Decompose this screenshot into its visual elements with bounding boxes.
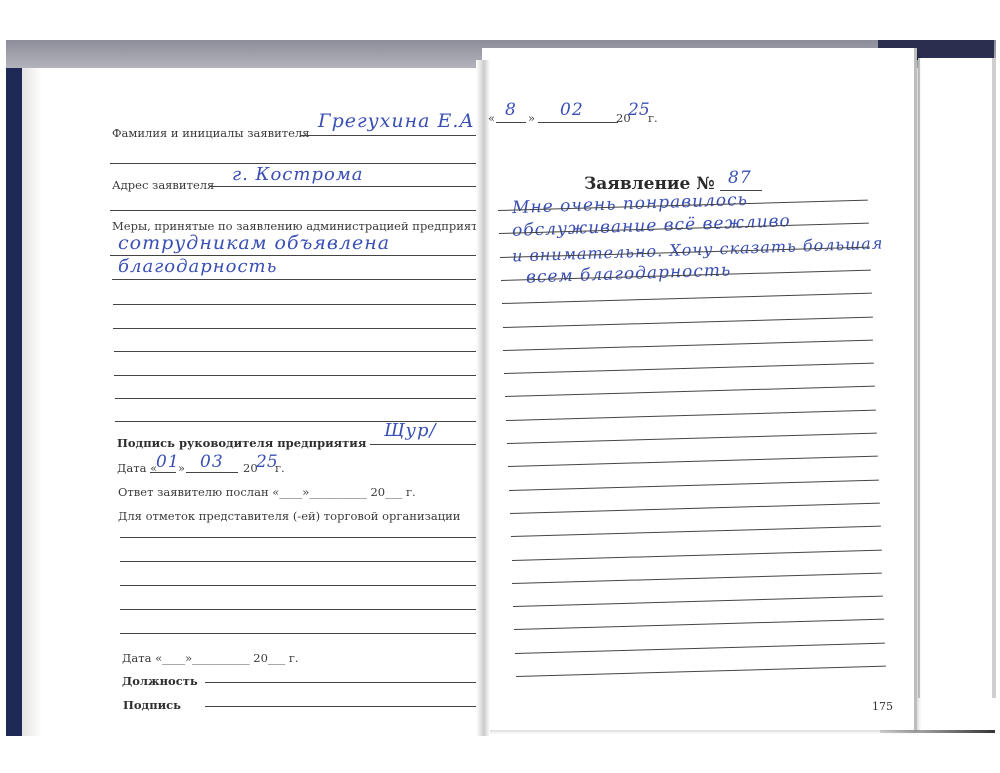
applicant-address-value: г. Кострома	[232, 164, 363, 185]
measures-value-line-1: сотрудникам объявлена	[118, 232, 390, 254]
applicant-name-label: Фамилия и инициалы заявителя	[112, 126, 310, 140]
scanned-complaint-book-spread: Фамилия и инициалы заявителя Грегухина Е…	[0, 0, 1000, 773]
ruled-line	[120, 633, 488, 634]
header-date-month-line	[538, 122, 618, 123]
applicant-address-line	[210, 186, 478, 187]
page-stack-right	[918, 58, 996, 698]
ruled-line	[120, 609, 488, 610]
header-date-day-line	[496, 122, 526, 123]
manager-signature-line	[370, 444, 483, 445]
ruled-line	[120, 561, 488, 562]
book-spine-fold	[476, 60, 490, 736]
signature-label: Подпись	[123, 698, 181, 712]
date-quote-close: »	[178, 461, 185, 475]
header-date-year-suffix: 25	[628, 100, 650, 120]
manager-signature-label: Подпись руководителя предприятия	[117, 436, 366, 450]
page-number: 175	[872, 700, 893, 713]
header-date-close: »	[528, 111, 535, 125]
book-cover-left-edge	[6, 68, 22, 736]
manager-signature-value: Щур/	[384, 420, 437, 441]
applicant-address-label: Адрес заявителя	[112, 178, 214, 192]
header-date-year-end: г.	[648, 111, 658, 125]
date-month: 03	[200, 452, 224, 472]
measures-value-line-2: благодарность	[118, 256, 277, 277]
position-label: Должность	[122, 674, 198, 688]
measures-label: Меры, принятые по заявлению администраци…	[112, 219, 496, 233]
date-year-end: г.	[275, 461, 285, 475]
header-date-open: «	[488, 111, 495, 125]
ruled-line	[120, 585, 488, 586]
date-month-line	[186, 472, 238, 473]
header-date-day: 8	[505, 100, 517, 120]
page-stack-left	[22, 68, 42, 736]
ruled-line	[112, 279, 480, 280]
ruled-line	[114, 375, 482, 376]
ruled-line	[115, 398, 483, 399]
representative-notes-label: Для отметок представителя (-ей) торговой…	[118, 509, 460, 523]
ruled-line	[114, 351, 482, 352]
applicant-name-value: Грегухина Е.А.	[318, 110, 482, 132]
date-day: 01	[156, 452, 180, 472]
statement-number: 87	[728, 168, 752, 188]
signature-line	[205, 706, 490, 707]
date-day-line	[150, 472, 176, 473]
position-line	[205, 682, 490, 683]
ruled-line	[120, 537, 488, 538]
applicant-name-line	[300, 135, 478, 136]
reply-sent-label: Ответ заявителю послан «____»__________ …	[118, 485, 416, 499]
date-blank-label: Дата «____»__________ 20___ г.	[122, 651, 299, 665]
header-date-month: 02	[560, 100, 584, 120]
ruled-line	[113, 304, 481, 305]
book-bottom-shadow	[880, 730, 995, 733]
ruled-line	[110, 210, 478, 211]
ruled-line	[113, 328, 481, 329]
